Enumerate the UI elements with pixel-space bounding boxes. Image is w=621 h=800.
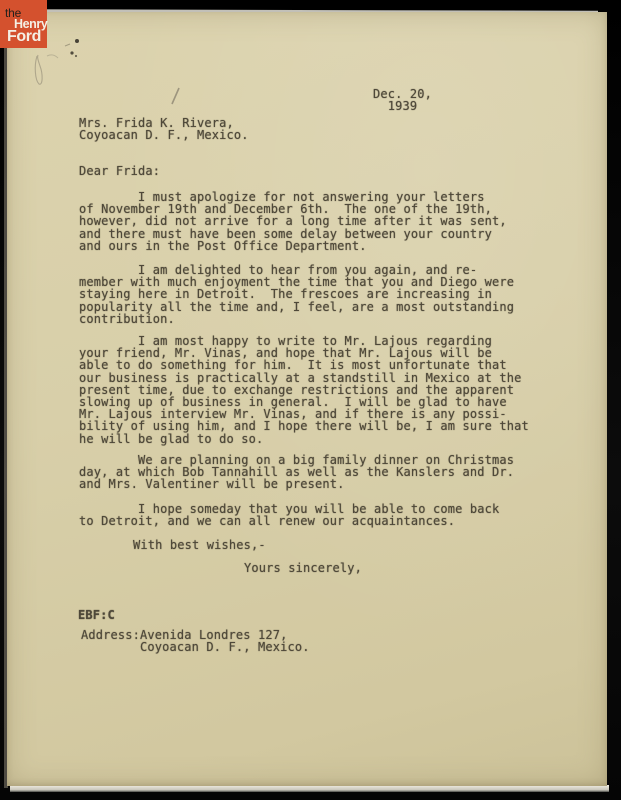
logo-text-ford: Ford (7, 28, 41, 46)
letter-page: Dec. 20, 1939 Mrs. Frida K. Rivera, Coyo… (7, 12, 607, 786)
typist-initials: EBF:C (78, 609, 115, 621)
paragraph-3: I am most happy to write to Mr. Lajous r… (79, 335, 529, 445)
return-address-value: Avenida Londres 127, Coyoacan D. F., Mex… (140, 629, 310, 653)
under-page-bottom-edge (10, 785, 609, 792)
letter-date: Dec. 20, 1939 (373, 88, 432, 112)
paragraph-2: I am delighted to hear from you again, a… (79, 264, 514, 325)
salutation: Dear Frida: (79, 165, 160, 177)
henry-ford-logo: the Henry Ford (0, 0, 47, 48)
scan-background: Dec. 20, 1939 Mrs. Frida K. Rivera, Coyo… (0, 0, 621, 800)
paragraph-4: We are planning on a big family dinner o… (79, 454, 514, 491)
recipient-address: Mrs. Frida K. Rivera, Coyoacan D. F., Me… (79, 117, 249, 141)
paragraph-1: I must apologize for not answering your … (79, 191, 507, 252)
signoff-line: Yours sincerely, (244, 562, 362, 574)
return-address-label: Address: (81, 629, 140, 641)
paragraph-5: I hope someday that you will be able to … (79, 503, 499, 527)
closing-line: With best wishes,- (133, 539, 266, 551)
